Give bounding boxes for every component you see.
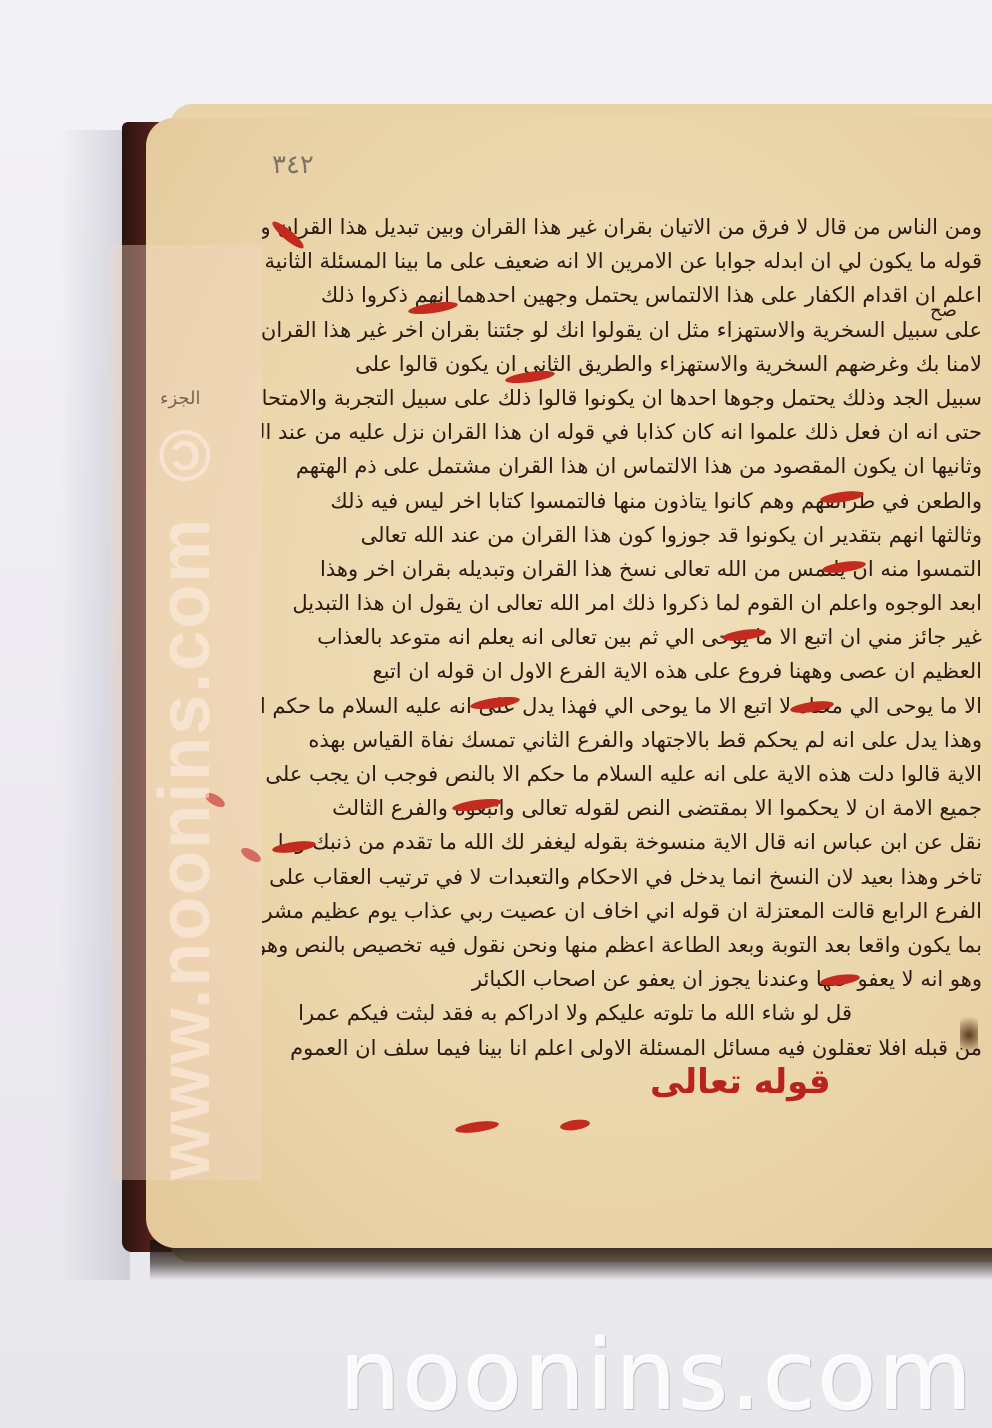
text-line: تاخر وهذا بعيد لان النسخ انما يدخل في ال… — [262, 860, 982, 894]
rubric-heading: قوله تعالى — [650, 1062, 831, 1102]
text-line: الا ما يوحى الي معناه لا اتبع الا ما يوح… — [262, 689, 982, 723]
text-line: التمسوا منه ان يلتمس من الله تعالى نسخ ه… — [262, 552, 982, 586]
text-line: لامنا بك وغرضهم السخرية والاستهزاء والطر… — [262, 347, 982, 381]
text-line: وثانيها ان يكون المقصود من هذا الالتماس … — [262, 449, 982, 483]
watermark-bottom: noonins.com — [340, 1320, 974, 1428]
text-line: والطعن في طرائقهم وهم كانوا يتاذون منها … — [262, 484, 982, 518]
text-line: ابعد الوجوه واعلم ان القوم لما ذكروا ذلك… — [262, 586, 982, 620]
text-line: غير جائز مني ان اتبع الا ما يوحى الي ثم … — [262, 620, 982, 654]
manuscript-text-block: ومن الناس من قال لا فرق من الاتيان بقران… — [262, 210, 982, 1065]
text-line: حتى انه ان فعل ذلك علموا انه كان كذابا ف… — [262, 415, 982, 449]
text-line: الاية قالوا دلت هذه الاية على انه عليه ا… — [262, 757, 982, 791]
watermark-vertical: www.noonins.com © — [135, 250, 235, 1180]
text-line: نقل عن ابن عباس انه قال الاية منسوخة بقو… — [262, 825, 982, 859]
text-line: سبيل الجد وذلك يحتمل وجوها احدها ان يكون… — [262, 381, 982, 415]
text-line: اعلم ان اقدام الكفار على هذا الالتماس يح… — [262, 278, 982, 312]
text-line: العظيم ان عصى وههنا فروع على هذه الاية ا… — [262, 654, 982, 688]
text-line: ومن الناس من قال لا فرق من الاتيان بقران… — [262, 210, 982, 244]
folio-number: ٣٤٢ — [272, 150, 314, 180]
text-line: وهذا يدل على انه لم يحكم قط بالاجتهاد وا… — [262, 723, 982, 757]
text-line: الفرع الرابع قالت المعتزلة ان قوله اني ا… — [262, 894, 982, 928]
text-line: وهو انه لا يعفو عنها وعندنا يجوز ان يعفو… — [262, 962, 982, 996]
text-line: قوله ما يكون لي ان ابدله جوابا عن الامري… — [262, 244, 982, 278]
text-line: وثالثها انهم بتقدير ان يكونوا قد جوزوا ك… — [262, 518, 982, 552]
text-line: على سبيل السخرية والاستهزاء مثل ان يقولو… — [262, 313, 982, 347]
text-line-heading-continuation: قل لو شاء الله ما تلوته عليكم ولا ادراكم… — [262, 996, 982, 1030]
text-line: جميع الامة ان لا يحكموا الا بمقتضى النص … — [262, 791, 982, 825]
text-line-last: من قبله افلا تعقلون فيه مسائل المسئلة ال… — [262, 1031, 982, 1065]
text-line: بما يكون واقعا بعد التوبة وبعد الطاعة اع… — [262, 928, 982, 962]
ink-stain — [960, 1010, 978, 1060]
